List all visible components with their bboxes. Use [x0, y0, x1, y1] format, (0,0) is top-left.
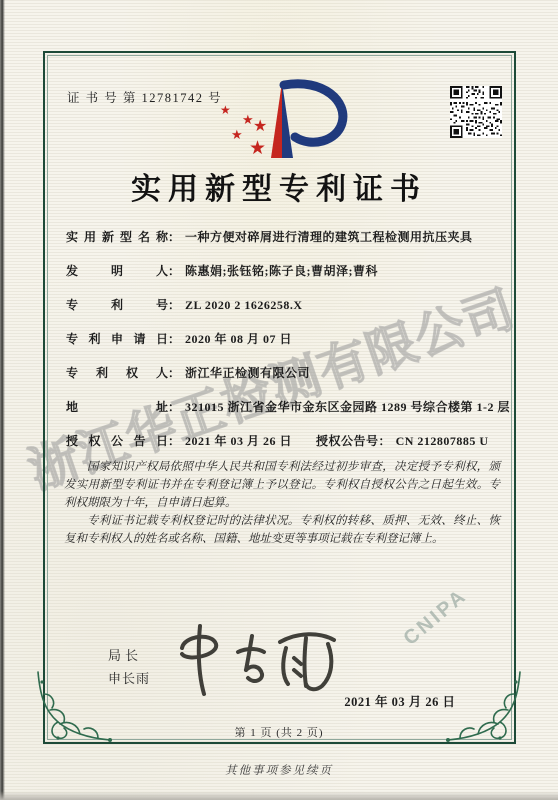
field-list: 实用新型名称：一种方便对碎屑进行清理的建筑工程检测用抗压夹具 发明人：陈惠娟;张… [66, 228, 502, 466]
field-value: 2020 年 08 月 07 日 [185, 332, 292, 346]
field-label-grant-number: 授权公告号 [316, 434, 379, 448]
field-colon: ： [168, 298, 180, 312]
svg-text:★: ★ [249, 137, 266, 159]
field-colon: ： [168, 434, 180, 448]
field-label: 专利申请日 [66, 330, 168, 347]
certificate-title: 实用新型专利证书 [0, 164, 558, 208]
field-colon: ： [168, 332, 180, 346]
page-indicator: 第 1 页 (共 2 页) [0, 724, 558, 740]
field-row-patent-number: 专利号：ZL 2020 2 1626258.X [66, 296, 502, 330]
cnipa-logo-icon: ★ ★ ★ ★ ★ [198, 78, 358, 162]
legal-text: 国家知识产权局依照中华人民共和国专利法经过初步审查，决定授予专利权，颁发实用新型… [64, 458, 500, 548]
field-colon: ： [168, 230, 180, 244]
field-label: 实用新型名称 [66, 228, 168, 245]
field-value: 一种方便对碎屑进行清理的建筑工程检测用抗压夹具 [185, 230, 473, 244]
field-value: ZL 2020 2 1626258.X [185, 298, 303, 312]
legal-paragraph-2: 专利证书记载专利权登记时的法律状况。专利权的转移、质押、无效、终止、恢复和专利权… [64, 512, 500, 548]
patent-certificate-page: 浙江华正检测有限公司 CNIPA 证 书 号 第 127817 [0, 0, 558, 800]
field-label: 专利号 [66, 296, 168, 313]
field-row-inventors: 发明人：陈惠娟;张钰铭;陈子良;曹胡泽;曹科 [66, 262, 502, 296]
scan-bottom-shadow [0, 791, 558, 800]
continuation-note: 其他事项参见续页 [0, 762, 558, 778]
field-value-grant-number: CN 212807885 U [396, 434, 489, 448]
field-colon: ： [379, 434, 391, 448]
svg-text:★: ★ [253, 116, 267, 135]
director-signature-icon [168, 618, 348, 703]
field-value: 321015 浙江省金华市金东区金园路 1289 号综合楼第 1-2 层 [185, 400, 510, 414]
field-label: 授权公告日 [66, 432, 168, 449]
field-colon: ： [168, 400, 180, 414]
director-title: 局长 [108, 645, 142, 664]
field-row-patentee: 专利权人：浙江华正检测有限公司 [66, 364, 502, 398]
scan-left-edge [0, 0, 5, 800]
field-colon: ： [168, 366, 180, 380]
field-row-name: 实用新型名称：一种方便对碎屑进行清理的建筑工程检测用抗压夹具 [66, 228, 502, 262]
field-label: 专利权人 [66, 364, 168, 381]
svg-text:★: ★ [242, 113, 254, 128]
legal-paragraph-1: 国家知识产权局依照中华人民共和国专利法经过初步审查，决定授予专利权，颁发实用新型… [64, 458, 500, 512]
field-row-filing-date: 专利申请日：2020 年 08 月 07 日 [66, 330, 502, 364]
qr-code-icon [450, 86, 502, 138]
field-row-address: 地址：321015 浙江省金华市金东区金园路 1289 号综合楼第 1-2 层 [66, 398, 502, 432]
field-value: 陈惠娟;张钰铭;陈子良;曹胡泽;曹科 [185, 264, 378, 278]
svg-text:★: ★ [231, 128, 243, 143]
field-value: 2021 年 03 月 26 日 [185, 434, 292, 448]
field-label: 地址 [66, 398, 168, 415]
issue-date: 2021 年 03 月 26 日 [290, 692, 510, 710]
field-label: 发明人 [66, 262, 168, 279]
field-value: 浙江华正检测有限公司 [185, 366, 310, 380]
certificate-content: 证 书 号 第 12781742 号 ★ ★ ★ ★ ★ [0, 0, 558, 800]
field-colon: ： [168, 264, 180, 278]
director-name: 申长雨 [108, 668, 150, 687]
svg-text:★: ★ [220, 103, 231, 117]
